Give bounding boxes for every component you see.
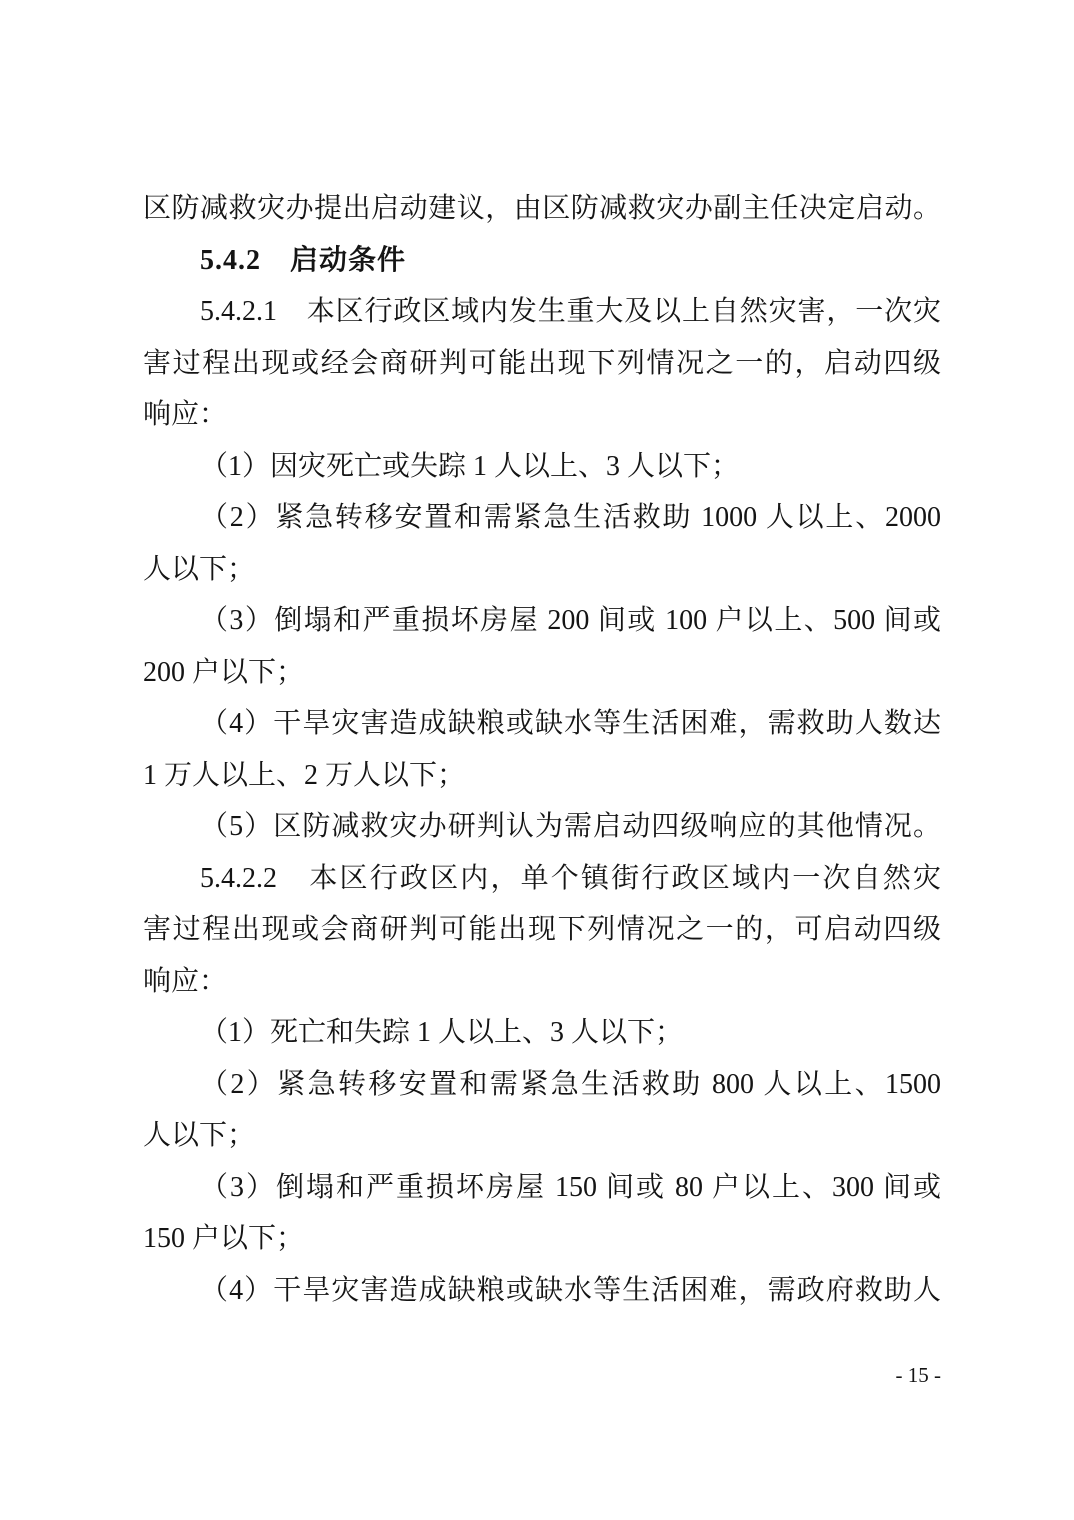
text-line: 150 户以下； (143, 1213, 941, 1265)
text-line: 200 户以下； (143, 647, 941, 699)
text-line: 区防减救灾办提出启动建议，由区防减救灾办副主任决定启动。 (143, 183, 941, 235)
text-line: 1 万人以上、2 万人以下； (143, 750, 941, 802)
list-item-2: （2）紧急转移安置和需紧急生活救助 800 人以上、1500 (143, 1059, 941, 1111)
list-item-1: （1）死亡和失踪 1 人以上、3 人以下； (143, 1007, 941, 1059)
text-line: 人以下； (143, 1110, 941, 1162)
list-item-5: （5）区防减救灾办研判认为需启动四级响应的其他情况。 (143, 801, 941, 853)
text-line: 响应： (143, 956, 941, 1008)
list-item-4: （4）干旱灾害造成缺粮或缺水等生活困难，需政府救助人 (143, 1265, 941, 1317)
text-line: 害过程出现或经会商研判可能出现下列情况之一的，启动四级 (143, 338, 941, 390)
list-item-4: （4）干旱灾害造成缺粮或缺水等生活困难，需救助人数达 (143, 698, 941, 750)
list-item-3: （3）倒塌和严重损坏房屋 150 间或 80 户以上、300 间或 (143, 1162, 941, 1214)
text-line: 害过程出现或会商研判可能出现下列情况之一的，可启动四级 (143, 904, 941, 956)
text-line: 人以下； (143, 544, 941, 596)
page-number: - 15 - (143, 1358, 941, 1392)
list-item-3: （3）倒塌和严重损坏房屋 200 间或 100 户以上、500 间或 (143, 595, 941, 647)
list-item-1: （1）因灾死亡或失踪 1 人以上、3 人以下； (143, 441, 941, 493)
list-item-2: （2）紧急转移安置和需紧急生活救助 1000 人以上、2000 (143, 492, 941, 544)
text-line: 响应： (143, 389, 941, 441)
document-page: 区防减救灾办提出启动建议，由区防减救灾办副主任决定启动。 5.4.2 启动条件 … (0, 0, 1074, 1520)
section-5-4-2-2-line: 5.4.2.2 本区行政区内，单个镇街行政区域内一次自然灾 (143, 853, 941, 905)
document-body: 区防减救灾办提出启动建议，由区防减救灾办副主任决定启动。 5.4.2 启动条件 … (143, 183, 941, 1316)
section-5-4-2-1-line: 5.4.2.1 本区行政区域内发生重大及以上自然灾害，一次灾 (143, 286, 941, 338)
section-heading-5-4-2: 5.4.2 启动条件 (143, 235, 941, 287)
